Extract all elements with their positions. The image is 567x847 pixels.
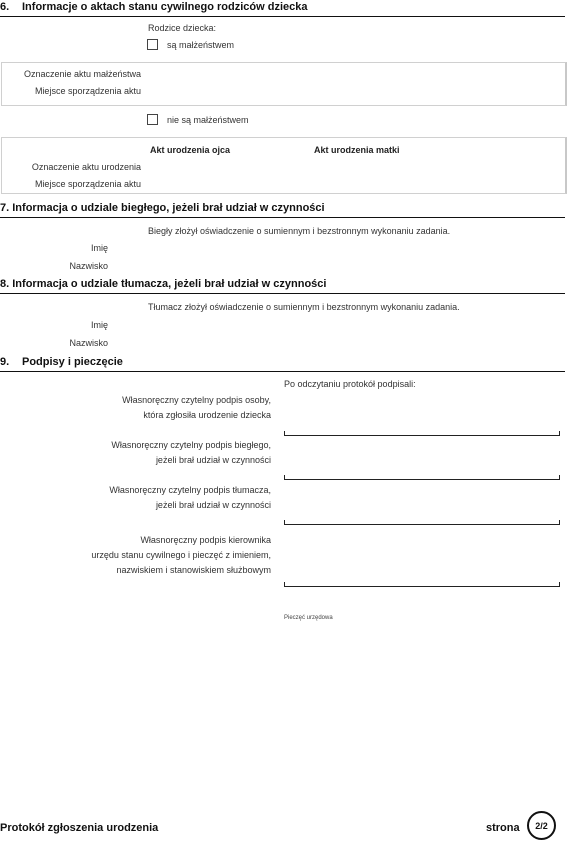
read-signed-label: Po odczytaniu protokół podpisali: [284,379,416,390]
signature-line-registrar[interactable] [284,582,560,587]
section-6-number: 6. [0,1,22,14]
page-word: strona [486,822,520,834]
signature-label-translator: Własnoręczny czytelny podpis tłumacza, j… [109,485,271,511]
signature-label-expert: Własnoręczny czytelny podpis biegłego, j… [111,440,271,466]
section-6-header: 6.Informacje o aktach stanu cywilnego ro… [0,1,565,17]
father-birth-act-header: Akt urodzenia ojca [150,145,230,155]
translator-last-name-label: Nazwisko [69,338,108,349]
section-8-title: Informacja o udziale tłumacza, jeżeli br… [12,278,326,290]
section-7-number: 7. [0,202,9,214]
expert-first-name-label: Imię [91,243,108,254]
section-9-header: 9.Podpisy i pieczęcie [0,356,565,372]
translator-statement: Tłumacz złożył oświadczenie o sumiennym … [148,302,460,313]
section-9-number: 9. [0,356,22,369]
married-checkbox[interactable] [147,39,158,50]
translator-first-name-label: Imię [91,320,108,331]
signature-line-expert[interactable] [284,475,560,480]
signature-label-reporter: Własnoręczny czytelny podpis osoby, któr… [122,395,271,421]
page-number-badge: 2/2 [527,811,556,840]
marriage-place-label: Miejsce sporządzenia aktu [35,86,141,97]
signature-line-reporter[interactable] [284,431,560,436]
birth-acts-box: Akt urodzenia ojca Akt urodzenia matki O… [1,137,567,194]
not-married-checkbox[interactable] [147,114,158,125]
marriage-act-label: Oznaczenie aktu małżeństwa [24,69,141,80]
parents-label: Rodzice dziecka: [148,23,216,34]
document-title: Protokół zgłoszenia urodzenia [0,822,158,834]
expert-statement: Biegły złożył oświadczenie o sumiennym i… [148,226,450,237]
signature-line-translator[interactable] [284,520,560,525]
section-9-title: Podpisy i pieczęcie [22,356,123,368]
section-7-title: Informacja o udziale biegłego, jeżeli br… [12,202,324,214]
birth-place-label: Miejsce sporządzenia aktu [35,179,141,190]
married-option-label: są małżeństwem [167,40,234,51]
not-married-option-label: nie są małżeństwem [167,115,249,126]
signature-label-registrar: Własnoręczny podpis kierownika urzędu st… [91,535,271,576]
mother-birth-act-header: Akt urodzenia matki [314,145,400,155]
section-7-header: 7. Informacja o udziale biegłego, jeżeli… [0,202,565,218]
marriage-act-box: Oznaczenie aktu małżeństwa Miejsce sporz… [1,62,567,106]
birth-act-label: Oznaczenie aktu urodzenia [32,162,141,173]
page-number: 2/2 [535,821,548,831]
section-8-header: 8. Informacja o udziale tłumacza, jeżeli… [0,278,565,294]
section-6-title: Informacje o aktach stanu cywilnego rodz… [22,1,307,13]
section-8-number: 8. [0,278,9,290]
official-stamp-label: Pieczęć urzędowa [284,615,333,621]
expert-last-name-label: Nazwisko [69,261,108,272]
